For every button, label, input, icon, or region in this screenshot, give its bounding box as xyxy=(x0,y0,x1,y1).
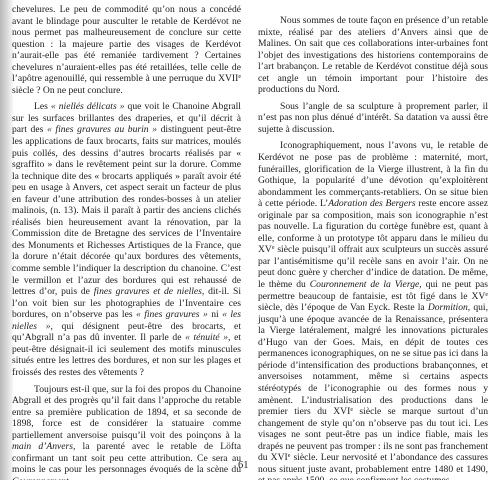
right-column: Nous sommes de toute façon en présence d… xyxy=(258,15,488,480)
italic-text: « ténuité » xyxy=(185,332,228,343)
italic-text: « fines gravures au burin » xyxy=(47,124,157,135)
italic-text: Couronnement. xyxy=(12,476,71,480)
text: qui, jusqu’à une époque avancée de la Re… xyxy=(258,302,488,417)
paragraph: Toujours est-il que, sur la foi des prop… xyxy=(12,384,241,480)
document-page: chevelures. Le peu de commodité qu’on no… xyxy=(12,4,486,480)
text: Toujours est-il que, sur la foi des prop… xyxy=(12,384,241,441)
paragraph: Nous sommes de toute façon en présence d… xyxy=(258,15,488,96)
text: distinguent peut-être les applications d… xyxy=(12,124,241,297)
italic-text: main d’Anvers, xyxy=(12,441,75,452)
text: siècle ? On ne peut conclure. xyxy=(12,85,123,96)
text: siècle, dès l’époque de Van Eyck. Reste … xyxy=(258,302,428,313)
left-column: chevelures. Le peu de commodité qu’on no… xyxy=(12,4,241,480)
italic-text: Adoration des Bergers xyxy=(328,198,415,209)
superscript: e xyxy=(485,292,488,298)
paragraph: Les « niellés délicats » que voit le Cha… xyxy=(12,101,241,378)
text: chevelures. Le peu de commodité qu’on no… xyxy=(12,4,241,84)
paragraph: Iconographiquement, nous l’avons vu, le … xyxy=(258,140,488,480)
italic-text: Couronnement de la Vierge, xyxy=(310,279,422,290)
text: Sous l’angle de sa sculpture à propremen… xyxy=(258,101,488,135)
italic-text: « fines gravures » xyxy=(136,309,208,320)
italic-text: fines gravures et de nielles, xyxy=(94,286,205,297)
page-number: 61 xyxy=(238,460,249,472)
paragraph: Sous l’angle de sa sculpture à propremen… xyxy=(258,101,488,136)
italic-text: « niellés délicats » xyxy=(51,101,125,112)
text: siècle. Leur nervosité et l’abondance de… xyxy=(258,452,488,480)
text: ni xyxy=(208,309,222,320)
paragraph: chevelures. Le peu de commodité qu’on no… xyxy=(12,4,241,96)
text: Nous sommes de toute façon en présence d… xyxy=(258,15,488,95)
superscript: e xyxy=(238,74,241,80)
italic-text: Dormition, xyxy=(428,302,470,313)
text: Les xyxy=(34,101,51,112)
